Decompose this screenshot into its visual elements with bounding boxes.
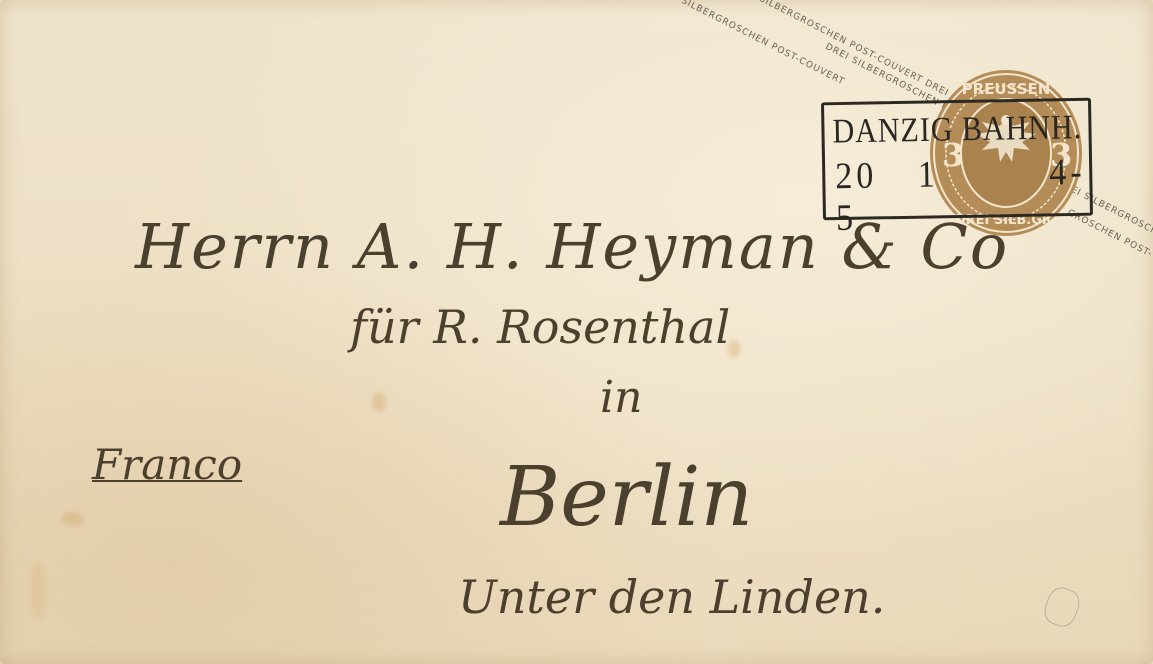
foxing-stain — [30, 560, 46, 620]
pencil-mark — [1040, 584, 1083, 631]
postmark-month: 1 — [917, 155, 939, 196]
postmark-office: DANZIG BAHNH. — [832, 108, 1082, 151]
postmark-day: 20 — [835, 156, 878, 197]
foxing-stain — [62, 512, 84, 526]
street-line: Unter den Linden. — [458, 570, 885, 624]
addressee-line: Herrn A. H. Heyman & Co — [135, 210, 1009, 283]
watermark-line: SILBERGROSCHEN POST-COUVERT — [679, 0, 846, 87]
stamp-top-text: PREUSSEN — [962, 80, 1051, 98]
envelope: SILBERGROSCHEN POST-COUVERT SILBERGROSCH… — [0, 0, 1153, 664]
foxing-stain — [372, 392, 386, 412]
care-of-line: für R. Rosenthal — [350, 300, 730, 354]
in-line: in — [600, 372, 642, 423]
danzig-postmark: DANZIG BAHNH. 20 1 4-5 — [821, 98, 1093, 221]
city-line: Berlin — [500, 450, 753, 545]
franco-annotation: Franco — [92, 440, 242, 489]
